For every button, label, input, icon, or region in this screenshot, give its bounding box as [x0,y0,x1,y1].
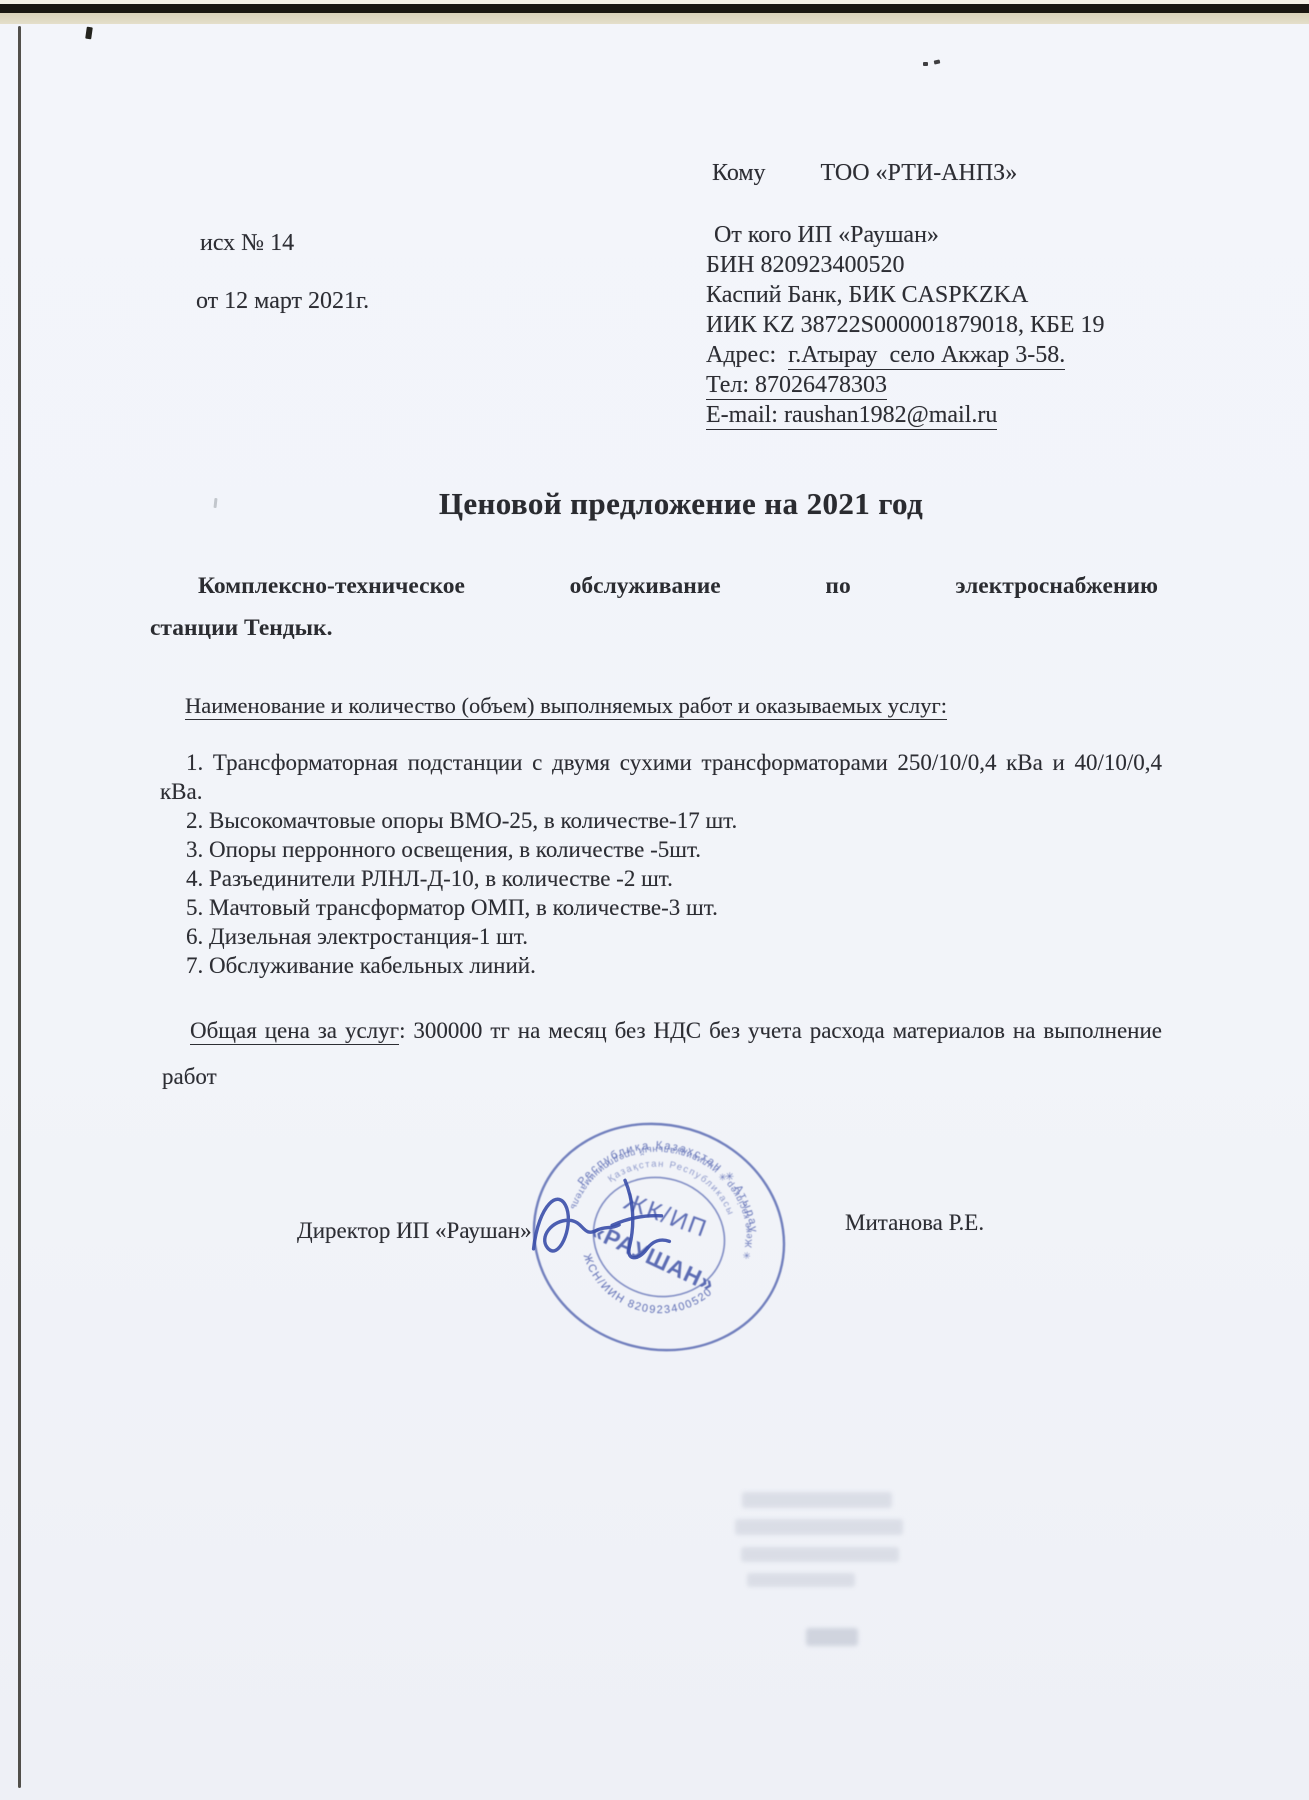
sender-details-block: От кого ИП «Раушан» БИН 820923400520 Кас… [706,220,1136,430]
address-value: г.Атырау село Акжар 3-58. [788,342,1065,370]
intro-paragraph: Комплексно-техническое обслуживание по э… [150,565,1158,649]
bleed-through-smudge [742,1492,892,1508]
handwritten-signature [512,1150,751,1296]
intro-line-2: станции Тендык. [150,615,332,641]
letter-date: от 12 март 2021г. [196,288,369,315]
dust-speck [934,59,941,64]
dust-speck [923,62,928,66]
address-label: Адрес: [706,342,776,368]
works-list: 1. Трансформаторная подстанции с двумя с… [160,748,1162,980]
works-list-heading: Наименование и количество (объем) выполн… [185,693,947,719]
sender-bin-line: БИН 820923400520 [706,250,1136,280]
bleed-through-smudge [741,1547,899,1562]
bleed-through-smudge [806,1628,858,1646]
work-item-5: 5. Мачтовый трансформатор ОМП, в количес… [160,893,1162,922]
work-item-6: 6. Дизельная электростанция-1 шт. [160,922,1162,951]
bleed-through-smudge [747,1573,855,1587]
sender-name-line: От кого ИП «Раушан» [706,220,1136,250]
document-title: Ценовой предложение на 2021 год [150,486,1186,522]
recipient-label: Кому [712,160,766,186]
sender-bank-line: Каспий Банк, БИК CASPKZKA [706,280,1136,310]
sender-email-line: E-mail: raushan1982@mail.ru [706,400,1136,430]
outgoing-ref-number: исх № 14 [200,230,294,257]
recipient-company: ТОО «РТИ-АНПЗ» [821,160,1018,186]
sender-phone-line: Тел: 87026478303 [706,370,1136,400]
work-item-3: 3. Опоры перронного освещения, в количес… [160,835,1162,864]
recipient-line: КомуТОО «РТИ-АНПЗ» [712,160,1017,187]
director-label: Директор ИП «Раушан» [297,1218,532,1244]
work-item-1: 1. Трансформаторная подстанции с двумя с… [160,748,1162,806]
scan-edge-top-cream [0,13,1309,24]
scan-edge-top-black [0,4,1309,13]
sender-iik-line: ИИК KZ 38722S000001879018, КБЕ 19 [706,310,1136,340]
intro-line-1: Комплексно-техническое обслуживание по э… [150,565,1158,607]
director-name: Митанова Р.Е. [845,1210,984,1236]
work-item-2: 2. Высокомачтовые опоры ВМО-25, в количе… [160,806,1162,835]
scan-edge-left-line [18,26,21,1788]
scanned-document-page: исх № 14 от 12 март 2021г. КомуТОО «РТИ-… [0,0,1309,1800]
work-item-4: 4. Разъединители РЛНЛ-Д-10, в количестве… [160,864,1162,893]
sender-address-line: Адрес:г.Атырау село Акжар 3-58. [706,340,1136,370]
price-lead-underlined: Общая цена за услуг [190,1018,399,1045]
dust-speck [85,27,93,40]
bleed-through-smudge [735,1519,903,1535]
total-price-paragraph: Общая цена за услуг: 300000 тг на месяц … [162,1008,1162,1100]
work-item-7: 7. Обслуживание кабельных линий. [160,951,1162,980]
